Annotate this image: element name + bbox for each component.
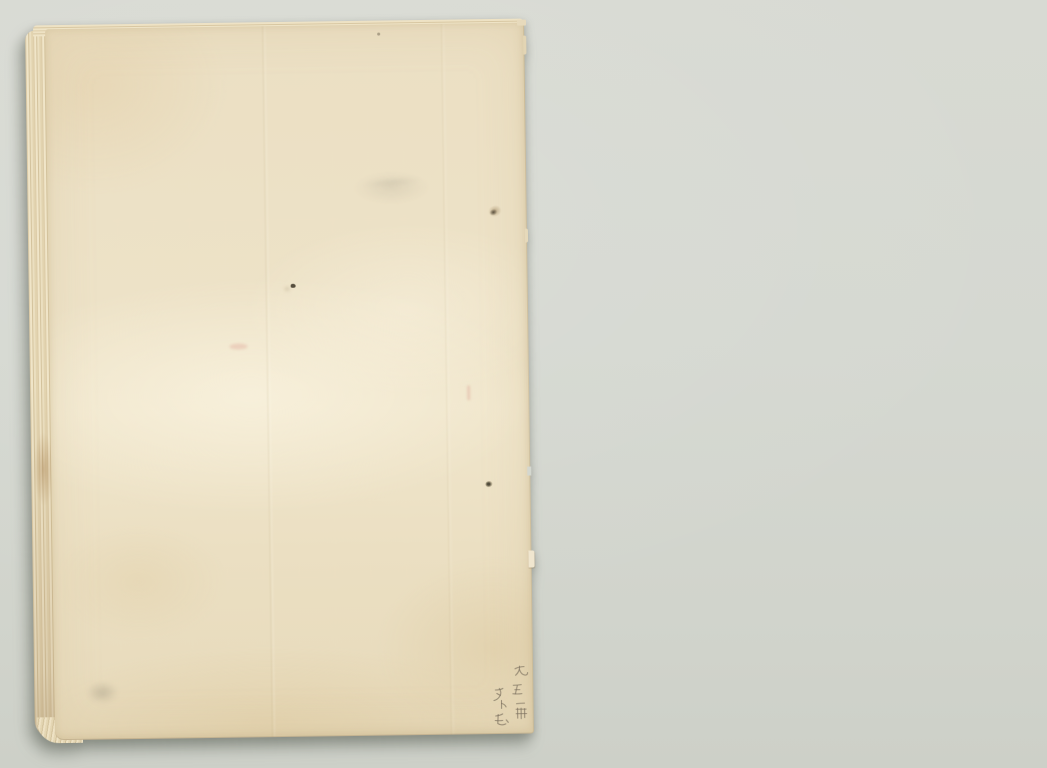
pencil-inscription bbox=[486, 658, 535, 735]
stain-gray-streak bbox=[357, 174, 428, 192]
inscription-left-column-text: タト氏 bbox=[45, 29, 46, 30]
stain-ink-dot bbox=[291, 284, 296, 288]
inscription-right-column-glyphs bbox=[513, 666, 529, 719]
blank-page: 九五一冊 タト氏 bbox=[45, 23, 534, 741]
fore-edge-tab-lower bbox=[528, 550, 534, 567]
inscription-right-column-text: 九五一冊 bbox=[45, 29, 46, 30]
book: 九五一冊 タト氏 bbox=[25, 19, 535, 744]
stain-pink-smear bbox=[229, 343, 247, 349]
fore-edge-sliver-middle bbox=[525, 229, 528, 243]
inscription-left-column-glyphs bbox=[494, 688, 509, 725]
fore-edge-sliver-upper bbox=[523, 36, 526, 55]
stain-bottom-smudge bbox=[82, 678, 122, 707]
photo-stage: 九五一冊 タト氏 bbox=[0, 0, 1047, 768]
stain-insect-speck bbox=[486, 204, 504, 221]
fore-edge-notch bbox=[527, 467, 531, 476]
stain-dark-spot bbox=[485, 481, 492, 487]
stain-top-speck bbox=[377, 33, 380, 36]
stain-pink-line bbox=[467, 385, 470, 400]
fore-edge-tab-top bbox=[517, 20, 526, 26]
